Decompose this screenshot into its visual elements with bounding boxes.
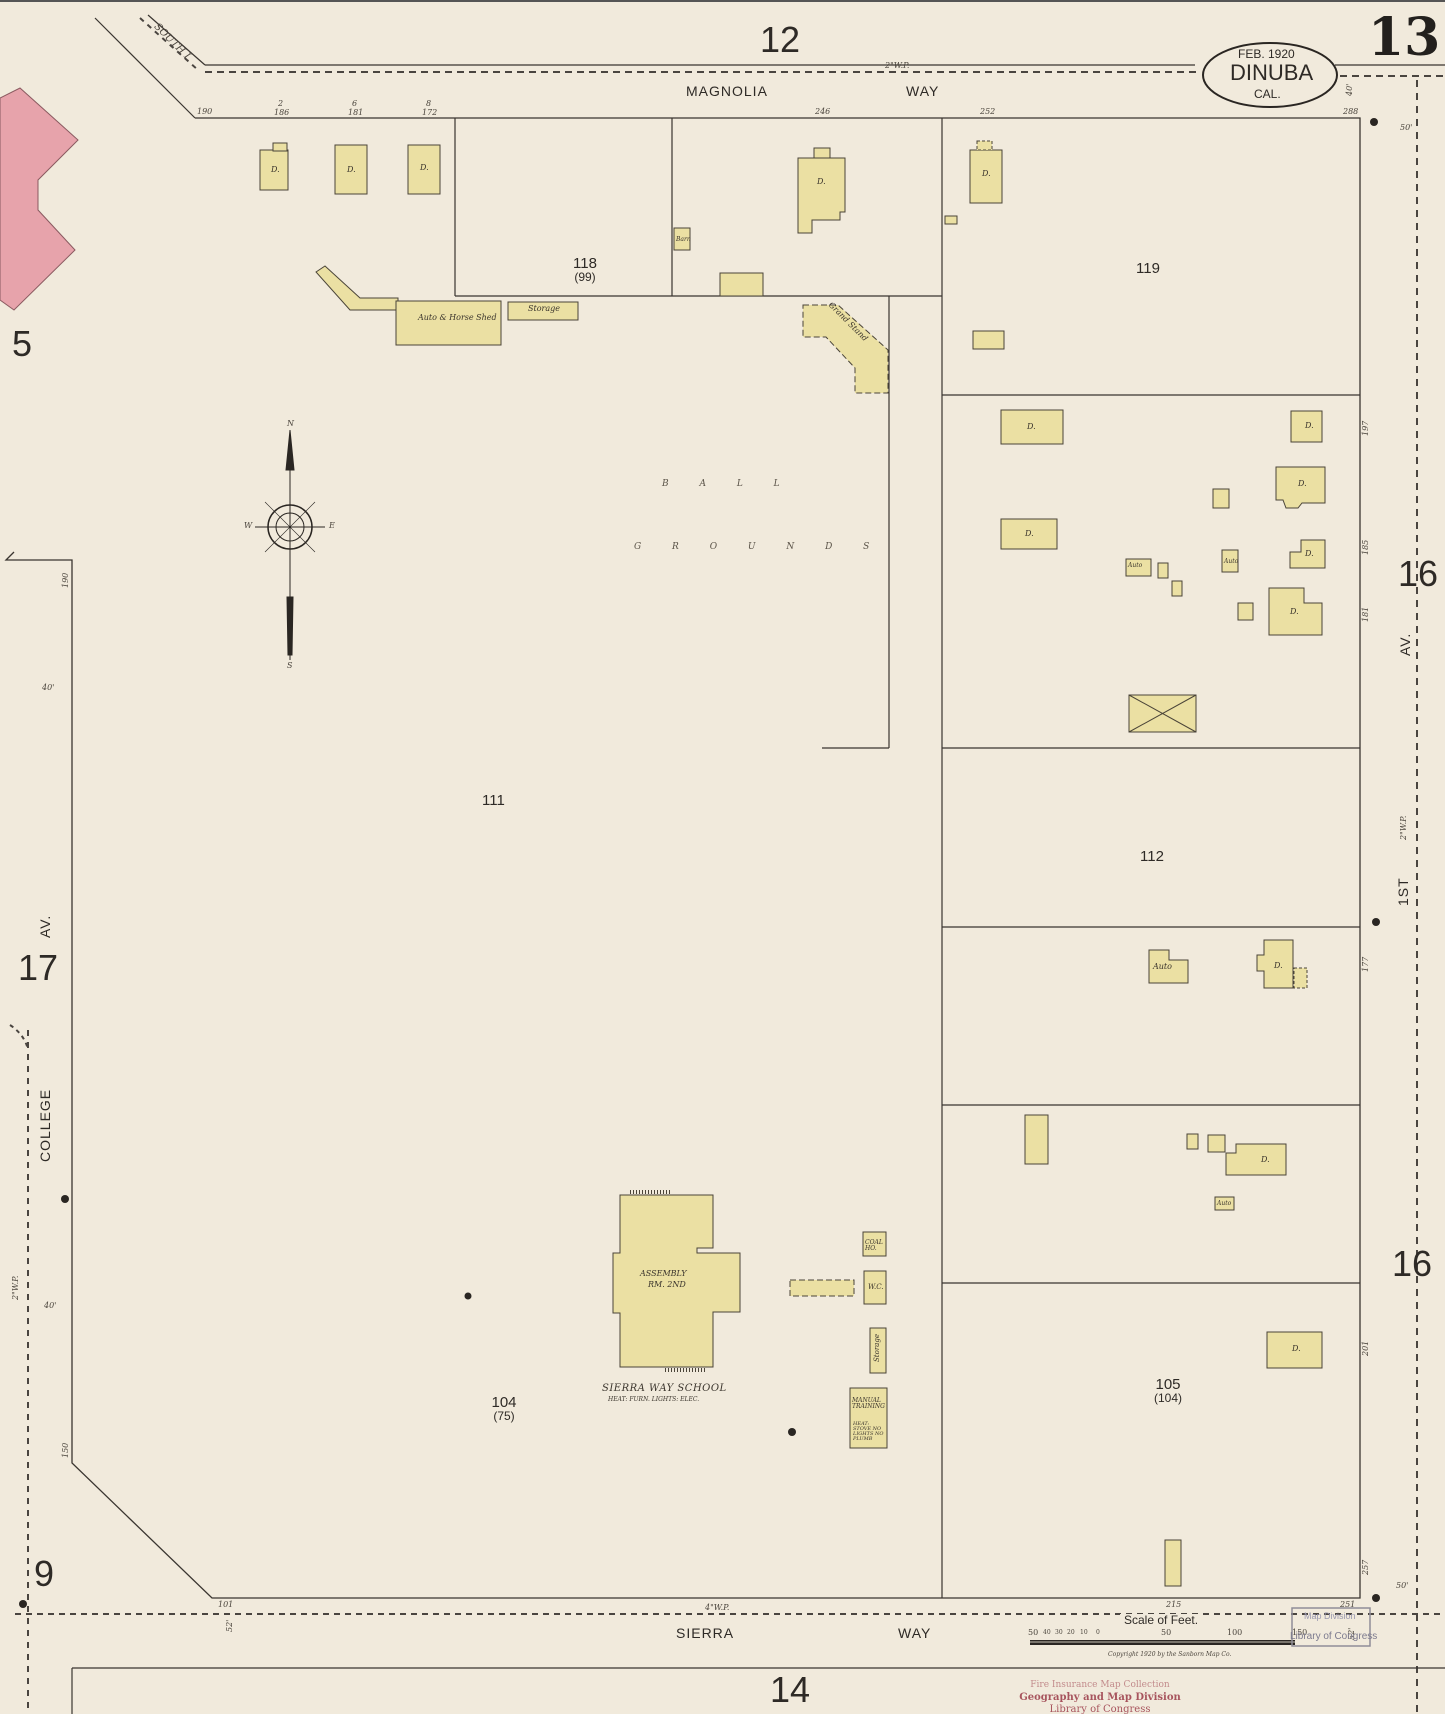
- cartouche-date: FEB. 1920: [1238, 48, 1295, 60]
- block-id: 111: [482, 793, 502, 808]
- lc-stamp-library: Library of Congress: [1290, 1632, 1377, 1642]
- dwelling-label: D.: [1305, 550, 1314, 558]
- scale-tick: 40: [1043, 1630, 1051, 1636]
- address-number: 252: [980, 108, 995, 116]
- collection-stamp-line1: Fire Insurance Map Collection: [1010, 1680, 1190, 1690]
- adjacent-sheet-top[interactable]: 12: [760, 22, 800, 58]
- dwelling-label: D.: [1261, 1156, 1270, 1164]
- block-number-105[interactable]: 105 (104): [1150, 1377, 1186, 1404]
- street-sierra-way: WAY: [898, 1626, 931, 1640]
- adjacent-sheet-right-lower[interactable]: 16: [1392, 1246, 1432, 1282]
- dwelling-label: D.: [1025, 530, 1034, 538]
- address-number: 186: [274, 109, 289, 117]
- map-linework: [0, 0, 1445, 1714]
- sheet-page-number: 13: [1368, 12, 1440, 64]
- dimension-label: 40': [44, 1302, 56, 1310]
- ball-grounds-label-1: B A L L: [662, 480, 794, 489]
- street-college: COLLEGE: [38, 1089, 52, 1162]
- address-number: 181: [1362, 607, 1370, 622]
- block-number-111[interactable]: 111: [482, 793, 502, 808]
- compass-south: S: [287, 662, 292, 670]
- dwelling-label: D.: [347, 166, 356, 174]
- address-number: 177: [1362, 957, 1370, 972]
- block-old-id: (104): [1150, 1392, 1186, 1404]
- address-number: 190: [197, 108, 212, 116]
- block-number-104[interactable]: 104 (75): [489, 1395, 519, 1422]
- assembly-room-label: RM. 2ND: [648, 1281, 686, 1289]
- address-number: 8: [426, 100, 431, 108]
- address-number: 172: [422, 109, 437, 117]
- dwelling-label: D.: [1292, 1345, 1301, 1353]
- auto-horse-shed-label: Auto & Horse Shed: [418, 314, 497, 322]
- scale-tick: 30: [1055, 1630, 1063, 1636]
- scale-tick: 100: [1227, 1629, 1242, 1637]
- street-1st: 1ST: [1396, 877, 1410, 906]
- address-number: 197: [1362, 421, 1370, 436]
- adjacent-sheet-right-upper[interactable]: 16: [1398, 556, 1438, 592]
- adjacent-sheet-left-lower[interactable]: 9: [34, 1556, 54, 1592]
- dimension-label: 40': [1346, 84, 1354, 96]
- address-number: 201: [1362, 1341, 1370, 1356]
- compass-north: N: [287, 420, 294, 428]
- address-number: 288: [1343, 108, 1358, 116]
- barn-label: Barn: [676, 237, 691, 243]
- dwelling-label: D.: [420, 164, 429, 172]
- street-magnolia: MAGNOLIA: [686, 84, 768, 98]
- street-magnolia-way: WAY: [906, 84, 939, 98]
- dimension-label: 52': [226, 1620, 234, 1632]
- scale-tick: 0: [1096, 1630, 1100, 1636]
- block-number-119[interactable]: 119: [1136, 261, 1160, 276]
- scale-title: Scale of Feet.: [1120, 1614, 1202, 1626]
- block-id: 119: [1136, 261, 1160, 276]
- storage-label: Storage: [528, 305, 560, 313]
- compass-east: E: [329, 522, 335, 530]
- cartouche-city: DINUBA: [1230, 62, 1313, 84]
- manual-training-notes: HEAT: STOVE NO LIGHTS NO PLUMB: [853, 1422, 885, 1442]
- collection-stamp-line3: Library of Congress: [1010, 1704, 1190, 1714]
- dimension-label: 50': [1400, 124, 1412, 132]
- auto-label: Auto: [1153, 963, 1172, 971]
- address-number: 181: [348, 109, 363, 117]
- dwelling-label: D.: [1274, 962, 1283, 970]
- adjacent-sheet-left-middle[interactable]: 17: [18, 950, 58, 986]
- auto-label: Auto: [1217, 1201, 1231, 1207]
- water-main-left: 2"W.P.: [12, 1276, 20, 1300]
- adjacent-sheet-left-upper[interactable]: 5: [12, 326, 32, 362]
- ball-grounds-label-2: G R O U N D S: [634, 543, 883, 552]
- school-name: SIERRA WAY SCHOOL: [602, 1384, 727, 1394]
- street-1st-av: AV.: [1398, 633, 1412, 656]
- scale-bar: [1030, 1640, 1295, 1645]
- adjacent-sheet-bottom[interactable]: 14: [770, 1672, 810, 1708]
- cartouche-state: CAL.: [1254, 88, 1281, 100]
- copyright-notice: Copyright 1920 by the Sanborn Map Co.: [1108, 1652, 1231, 1658]
- block-old-id: (99): [570, 271, 600, 283]
- scale-tick: 50: [1028, 1629, 1038, 1637]
- lc-stamp-division: Map Division: [1304, 1612, 1356, 1621]
- address-number: 101: [218, 1601, 233, 1609]
- water-main-right: 2"W.P.: [1400, 816, 1408, 840]
- block-old-id: (75): [489, 1410, 519, 1422]
- address-number: 257: [1362, 1560, 1370, 1575]
- address-number: 251: [1340, 1601, 1355, 1609]
- school-notes: HEAT: FURN. LIGHTS: ELEC.: [608, 1397, 699, 1403]
- storage-label-2: Storage: [874, 1334, 881, 1362]
- dwelling-label: D.: [1298, 480, 1307, 488]
- block-id: 105: [1150, 1377, 1186, 1392]
- scale-tick: 20: [1067, 1630, 1075, 1636]
- auto-label: Auto: [1128, 563, 1142, 569]
- scale-tick: 50: [1161, 1629, 1171, 1637]
- dwelling-label: D.: [817, 178, 826, 186]
- assembly-label: ASSEMBLY: [640, 1270, 687, 1278]
- coal-house-label: COAL HO.: [865, 1240, 883, 1252]
- dwelling-label: D.: [1027, 423, 1036, 431]
- dimension-label: 50': [1396, 1582, 1408, 1590]
- dwelling-label: D.: [1290, 608, 1299, 616]
- address-number: 190: [62, 573, 70, 588]
- water-main-top: 2"W.P.: [885, 62, 909, 70]
- sanborn-map-sheet: 13 FEB. 1920 DINUBA CAL. 12 5 17 9 16 16…: [0, 0, 1445, 1714]
- address-number: 150: [62, 1443, 70, 1458]
- block-number-112[interactable]: 112: [1140, 849, 1164, 864]
- address-number: 6: [352, 100, 357, 108]
- compass-west: W: [244, 522, 252, 530]
- address-number: 185: [1362, 540, 1370, 555]
- dwelling-label: D.: [982, 170, 991, 178]
- dimension-label: 40': [42, 684, 54, 692]
- address-number: 2: [278, 100, 283, 108]
- auto-label: Auto: [1224, 559, 1238, 565]
- manual-training-label: MANUAL TRAINING: [852, 1398, 886, 1410]
- dwelling-label: D.: [1305, 422, 1314, 430]
- block-id: 104: [489, 1395, 519, 1410]
- water-main-bottom: 4"W.P.: [705, 1604, 729, 1612]
- address-number: 246: [815, 108, 830, 116]
- block-number-118[interactable]: 118 (99): [570, 256, 600, 283]
- street-college-av: AV.: [38, 915, 52, 938]
- collection-stamp-line2: Geography and Map Division: [1010, 1692, 1190, 1703]
- block-id: 112: [1140, 849, 1164, 864]
- street-sierra: SIERRA: [676, 1626, 734, 1640]
- address-number: 215: [1166, 1601, 1181, 1609]
- scale-tick: 10: [1080, 1630, 1088, 1636]
- wc-label: W.C.: [868, 1284, 884, 1291]
- block-id: 118: [570, 256, 600, 271]
- dwelling-label: D.: [271, 166, 280, 174]
